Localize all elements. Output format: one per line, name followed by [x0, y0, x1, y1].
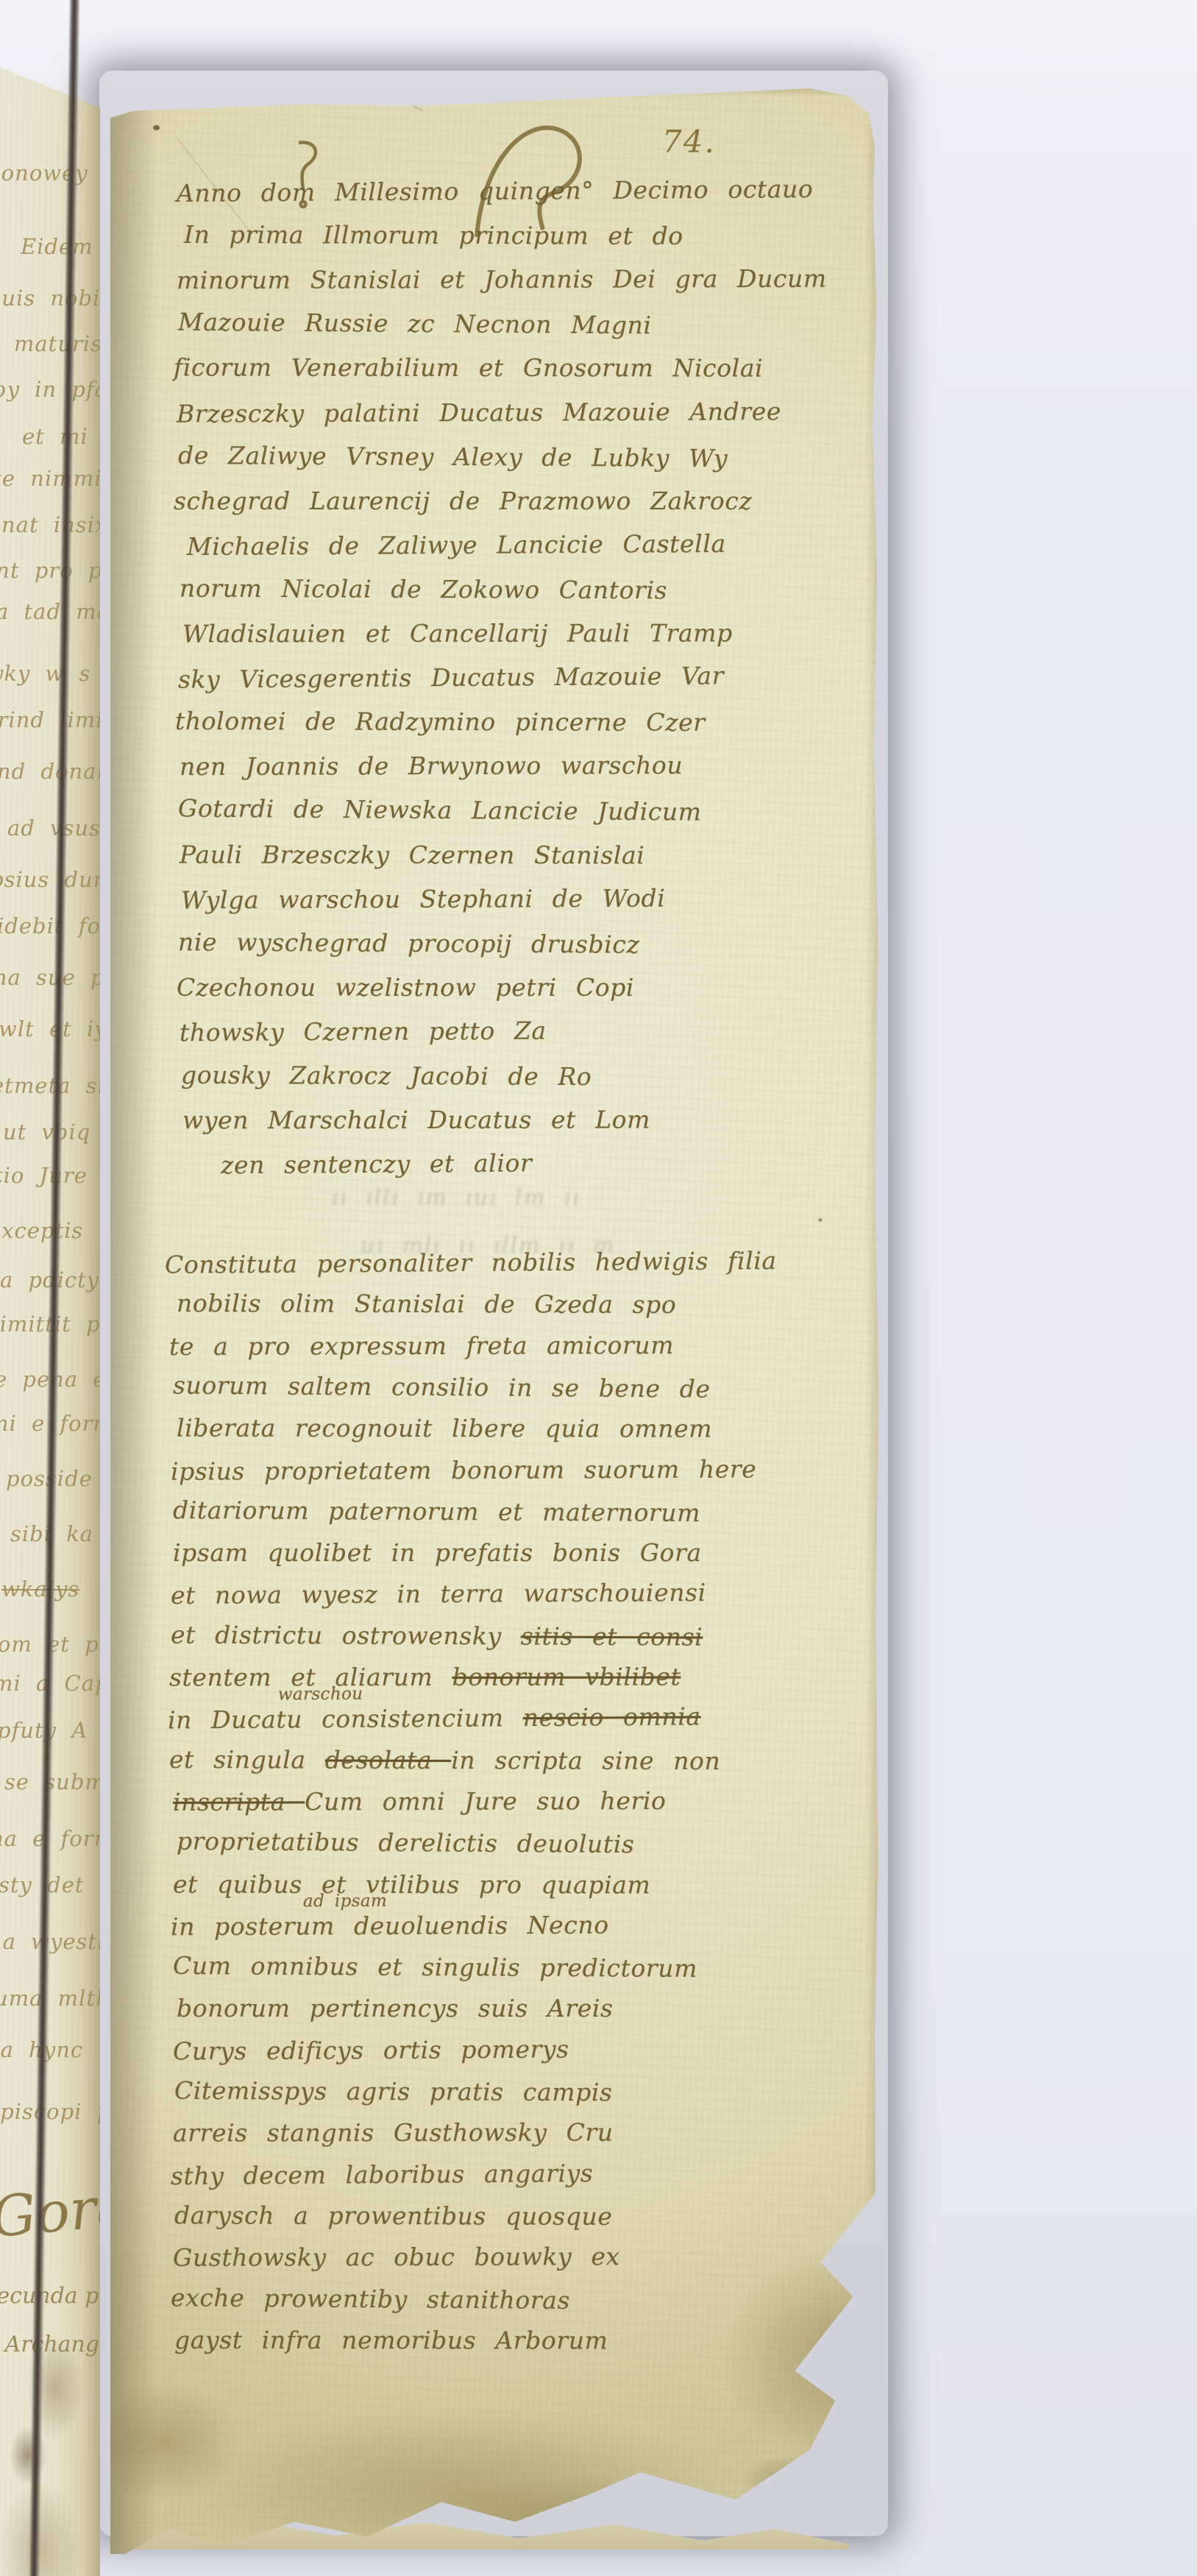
manuscript-word: In prima Illmorum principum et do — [184, 220, 683, 250]
manuscript-line: Mazouie Russie zc Necnon Magni — [178, 308, 652, 339]
manuscript-word: nie wyschegrad procopij drusbicz — [178, 927, 640, 959]
manuscript-word: Cum omni Jure suo herio — [305, 1786, 666, 1816]
manuscript-line: gousky Zakrocz Jacobi de Ro — [181, 1061, 592, 1091]
manuscript-line: ipsius proprietatem bonorum suorum here — [171, 1454, 757, 1485]
manuscript-word: te a pro expressum freta amicorum — [169, 1331, 674, 1361]
manuscript-line: norum Nicolai de Zokowo Cantoris — [180, 574, 667, 605]
manuscript-word: Constituta personaliter nobilis hedwigis… — [165, 1246, 777, 1279]
manuscript-word: Curys edificys ortis pomerys — [173, 2034, 569, 2065]
manuscript-word: proprietatibus derelictis deuolutis — [177, 1827, 635, 1858]
manuscript-word: in Ducatu consistencium — [168, 1703, 523, 1734]
manuscript-word: liberata recognouit libere quia omnem — [177, 1414, 712, 1443]
margin-note-gora: Gora — [0, 2173, 100, 2250]
facing-page-line-fragment: ut vbiq — [3, 1119, 90, 1144]
facing-page-line-fragment: int pro pr — [0, 558, 100, 583]
manuscript-line: minorum Stanislai et Johannis Dei gra Du… — [177, 264, 827, 294]
manuscript-word: suorum saltem consilio in se bene de — [173, 1370, 711, 1403]
manuscript-word: Citemisspys agris pratis campis — [174, 2076, 613, 2106]
facing-page-line-fragment: na wyesth — [0, 1929, 100, 1954]
manuscript-word: Brzesczky palatini Ducatus Mazouie Andre… — [177, 397, 781, 428]
manuscript-word: et singula — [169, 1745, 325, 1774]
manuscript-line: liberata recognouit libere quia omnem — [177, 1414, 712, 1443]
facing-page-line-fragment: t maturis a — [0, 331, 100, 356]
interlinear-insertion: ad ipsam — [303, 1892, 387, 1911]
manuscript-word: ipsam quolibet in prefatis bonis Gora — [173, 1538, 702, 1567]
manuscript-line: sky Vicesgerentis Ducatus Mazouie Var — [178, 662, 724, 694]
facing-page-line-fragment: luis nobilib — [0, 286, 100, 311]
manuscript-word: Wladislauien et Cancellarij Pauli Tramp — [182, 618, 733, 648]
manuscript-line: proprietatibus derelictis deuolutis — [177, 1827, 635, 1858]
facing-page-line-fragment: wlt et iy — [0, 1016, 100, 1041]
facing-page-line-fragment: by in pfaz — [0, 377, 100, 402]
manuscript-word: tholomei de Radzymino pincerne Czer — [175, 707, 706, 737]
manuscript-line: Wylga warschou Stephani de Wodi — [181, 883, 666, 914]
manuscript-word: darysch a prowentibus quosque — [174, 2201, 613, 2231]
facing-page-line-fragment: wkalys — [1, 1577, 79, 1602]
manuscript-word: gayst infra nemoribus Arborum — [174, 2325, 608, 2354]
manuscript-line: ditariorum paternorum et maternorum — [173, 1496, 700, 1527]
manuscript-line: gayst infra nemoribus Arborum — [174, 2325, 608, 2354]
manuscript-word: sky Vicesgerentis Ducatus Mazouie Var — [178, 662, 724, 694]
manuscript-word: sthy decem laboribus angariys — [171, 2159, 594, 2190]
facing-page-line-fragment: ta hync n — [0, 2037, 100, 2062]
manuscript-line: Anno dom Millesimo quingen° Decimo octau… — [177, 174, 814, 208]
struck-word: bonorum vbilibet — [452, 1663, 681, 1691]
manuscript-line: Curys edificys ortis pomerys — [173, 2034, 569, 2065]
manuscript-line: zen sentenczy et alior — [221, 1149, 533, 1180]
manuscript-line: wyen Marschalci Ducatus et Lom — [182, 1105, 650, 1135]
manuscript-word: Wylga warschou Stephani de Wodi — [181, 883, 666, 914]
manuscript-word: et nowa wyesz in terra warschouiensi — [171, 1578, 706, 1610]
manuscript-line: Brzesczky palatini Ducatus Mazouie Andre… — [177, 397, 781, 428]
manuscript-line: in posterum deuoluendis Necno ad ipsam — [171, 1911, 609, 1941]
facing-page-line-fragment: Eidem k — [21, 234, 100, 259]
manuscript-line: te a pro expressum freta amicorum — [169, 1331, 674, 1361]
facing-page-line-fragment: idebit for — [0, 913, 100, 938]
manuscript-line: stentem et aliarum bonorum vbilibet — [169, 1663, 681, 1692]
manuscript-line: sthy decem laboribus angariys — [171, 2159, 594, 2190]
struck-word: desolata — [325, 1745, 452, 1774]
manuscript-word: zen sentenczy et alior — [221, 1149, 533, 1180]
manuscript-line: Constituta personaliter nobilis hedwigis… — [165, 1246, 777, 1279]
show-through-text: ıı ıllı ım ıuı lm ıı — [331, 1185, 580, 1211]
manuscript-line: In prima Illmorum principum et do — [184, 220, 683, 250]
manuscript-line: Gotardi de Niewska Lancicie Judicum — [178, 794, 702, 827]
manuscript-line: de Zaliwye Vrsney Alexy de Lubky Wy — [178, 441, 728, 473]
manuscript-line: inscripta Cum omni Jure suo herio — [173, 1786, 667, 1816]
manuscript-line: Cum omnibus et singulis predictorum — [173, 1951, 697, 1983]
manuscript-word: Gusthowsky ac obuc bouwky ex — [173, 2242, 620, 2272]
manuscript-line: ficorum Venerabilium et Gnosorum Nicolai — [174, 353, 763, 383]
manuscript-word: wyen Marschalci Ducatus et Lom — [182, 1105, 650, 1135]
manuscript-line: exche prowentiby stanithoras — [171, 2283, 570, 2315]
interlinear-insertion: warschou — [278, 1685, 363, 1705]
ink-speck — [153, 125, 160, 130]
facing-page-line-fragment: yky w s — [0, 661, 90, 686]
manuscript-line: ipsam quolibet in prefatis bonis Gora — [173, 1538, 702, 1567]
folio-number: 74. — [662, 124, 716, 160]
facing-page-line-fragment: lte nimmir — [0, 466, 100, 491]
manuscript-line: nobilis olim Stanislai de Gzeda spo — [177, 1289, 676, 1319]
manuscript-word: Cum omnibus et singulis predictorum — [173, 1951, 697, 1983]
facing-page-line-fragment: krind limi — [0, 707, 100, 732]
facing-page-line-fragment: nd donand — [0, 759, 100, 784]
manuscript-word: norum Nicolai de Zokowo Cantoris — [180, 574, 667, 605]
manuscript-word: Mazouie Russie zc Necnon Magni — [178, 308, 652, 339]
manuscript-line: thowsky Czernen petto Za — [180, 1016, 547, 1047]
manuscript-word: ditariorum paternorum et maternorum — [173, 1496, 700, 1527]
manuscript-word: nobilis olim Stanislai de Gzeda spo — [177, 1289, 676, 1319]
manuscript-page: 74. ıı ıllı ım ıuı lm ıı uı mlı ıı ıllm … — [110, 81, 887, 2554]
manuscript-line: Citemisspys agris pratis campis — [174, 2076, 613, 2106]
facing-page-line-fragment: psius dumss — [0, 867, 100, 892]
manuscript-line: et singula desolata in scripta sine non — [169, 1745, 720, 1775]
manuscript-line: nen Joannis de Brwynowo warschou — [180, 751, 683, 781]
struck-word: nescio omnia — [523, 1702, 701, 1733]
manuscript-line: tholomei de Radzymino pincerne Czer — [175, 707, 706, 737]
manuscript-word: bonorum pertinencys suis Areis — [177, 1994, 614, 2023]
manuscript-line: Czechonou wzelistnow petri Copi — [177, 973, 634, 1002]
manuscript-word: de Zaliwye Vrsney Alexy de Lubky Wy — [178, 441, 728, 473]
manuscript-word: nen Joannis de Brwynowo warschou — [180, 751, 683, 781]
manuscript-line: et districtu ostrowensky sitis et consi — [171, 1620, 703, 1651]
manuscript-word: Gotardi de Niewska Lancicie Judicum — [178, 794, 702, 827]
facing-page-line-fragment: tio Jure — [0, 1163, 88, 1188]
manuscript-line: Michaelis de Zaliwye Lancicie Castella — [187, 529, 726, 561]
facing-page-note-line: secunda pro — [0, 2283, 100, 2309]
manuscript-word: gousky Zakrocz Jacobi de Ro — [181, 1061, 592, 1091]
manuscript-word: thowsky Czernen petto Za — [180, 1016, 547, 1047]
facing-page-line-fragment: ma sue potr — [0, 965, 100, 990]
manuscript-word: arreis stangnis Gusthowsky Cru — [173, 2118, 614, 2148]
manuscript-line: arreis stangnis Gusthowsky Cru — [173, 2118, 614, 2148]
manuscript-word: Czechonou wzelistnow petri Copi — [177, 973, 634, 1002]
manuscript-word: ficorum Venerabilium et Gnosorum Nicolai — [174, 353, 763, 383]
manuscript-line: nie wyschegrad procopij drusbicz — [178, 927, 640, 959]
struck-word: sitis et consi — [521, 1621, 703, 1651]
manuscript-word: in posterum deuoluendis Necno — [171, 1911, 609, 1941]
facing-page-line-fragment: nat insix — [1, 512, 100, 537]
manuscript-line: schegrad Laurencij de Prazmowo Zakrocz — [174, 486, 752, 515]
manuscript-line: Gusthowsky ac obuc bouwky ex — [173, 2242, 620, 2272]
manuscript-word: et districtu ostrowensky — [171, 1620, 521, 1650]
facing-page-line-fragment: et mi — [22, 424, 88, 449]
facing-page-line-fragment: exceptis — [0, 1218, 83, 1243]
manuscript-word: minorum Stanislai et Johannis Dei gra Du… — [177, 264, 827, 294]
manuscript-word: Pauli Brzesczky Czernen Stanislai — [180, 840, 645, 869]
facing-page-line-fragment: a tad ma — [0, 599, 100, 624]
manuscript-line: Pauli Brzesczky Czernen Stanislai — [180, 840, 645, 869]
manuscript-word: ipsius proprietatem bonorum suorum here — [171, 1454, 757, 1485]
manuscript-line: in Ducatu consistencium nescio omnia war… — [168, 1702, 701, 1735]
manuscript-line: suorum saltem consilio in se bene de — [173, 1370, 711, 1403]
facing-page-line-fragment: episcopi p — [0, 2099, 100, 2124]
manuscript-word: Michaelis de Zaliwye Lancicie Castella — [187, 529, 726, 561]
manuscript-line: Wladislauien et Cancellarij Pauli Tramp — [182, 618, 733, 648]
manuscript-word: Anno dom Millesimo quingen° Decimo octau… — [177, 174, 814, 208]
facing-page-line-fragment: ad vsus — [7, 815, 100, 841]
facing-page-line-fragment: etmeta st — [0, 1073, 100, 1098]
manuscript-word: in scripta sine non — [451, 1746, 720, 1775]
manuscript-word: et quibus et vtilibus pro quapiam — [173, 1869, 650, 1899]
facing-page-line-fragment: uma mlth — [0, 1986, 100, 2011]
manuscript-line: et nowa wyesz in terra warschouiensi — [171, 1578, 706, 1610]
manuscript-line: bonorum pertinencys suis Areis — [177, 1994, 614, 2023]
manuscript-word: exche prowentiby stanithoras — [171, 2283, 570, 2315]
manuscript-line: darysch a prowentibus quosque — [174, 2201, 613, 2231]
ink-speck — [818, 1218, 823, 1222]
struck-word: inscripta — [173, 1787, 305, 1816]
manuscript-word: schegrad Laurencij de Prazmowo Zakrocz — [174, 486, 752, 515]
manuscript-line: et quibus et vtilibus pro quapiam — [173, 1869, 650, 1899]
facing-page-note-line: is Archang — [0, 2332, 99, 2357]
